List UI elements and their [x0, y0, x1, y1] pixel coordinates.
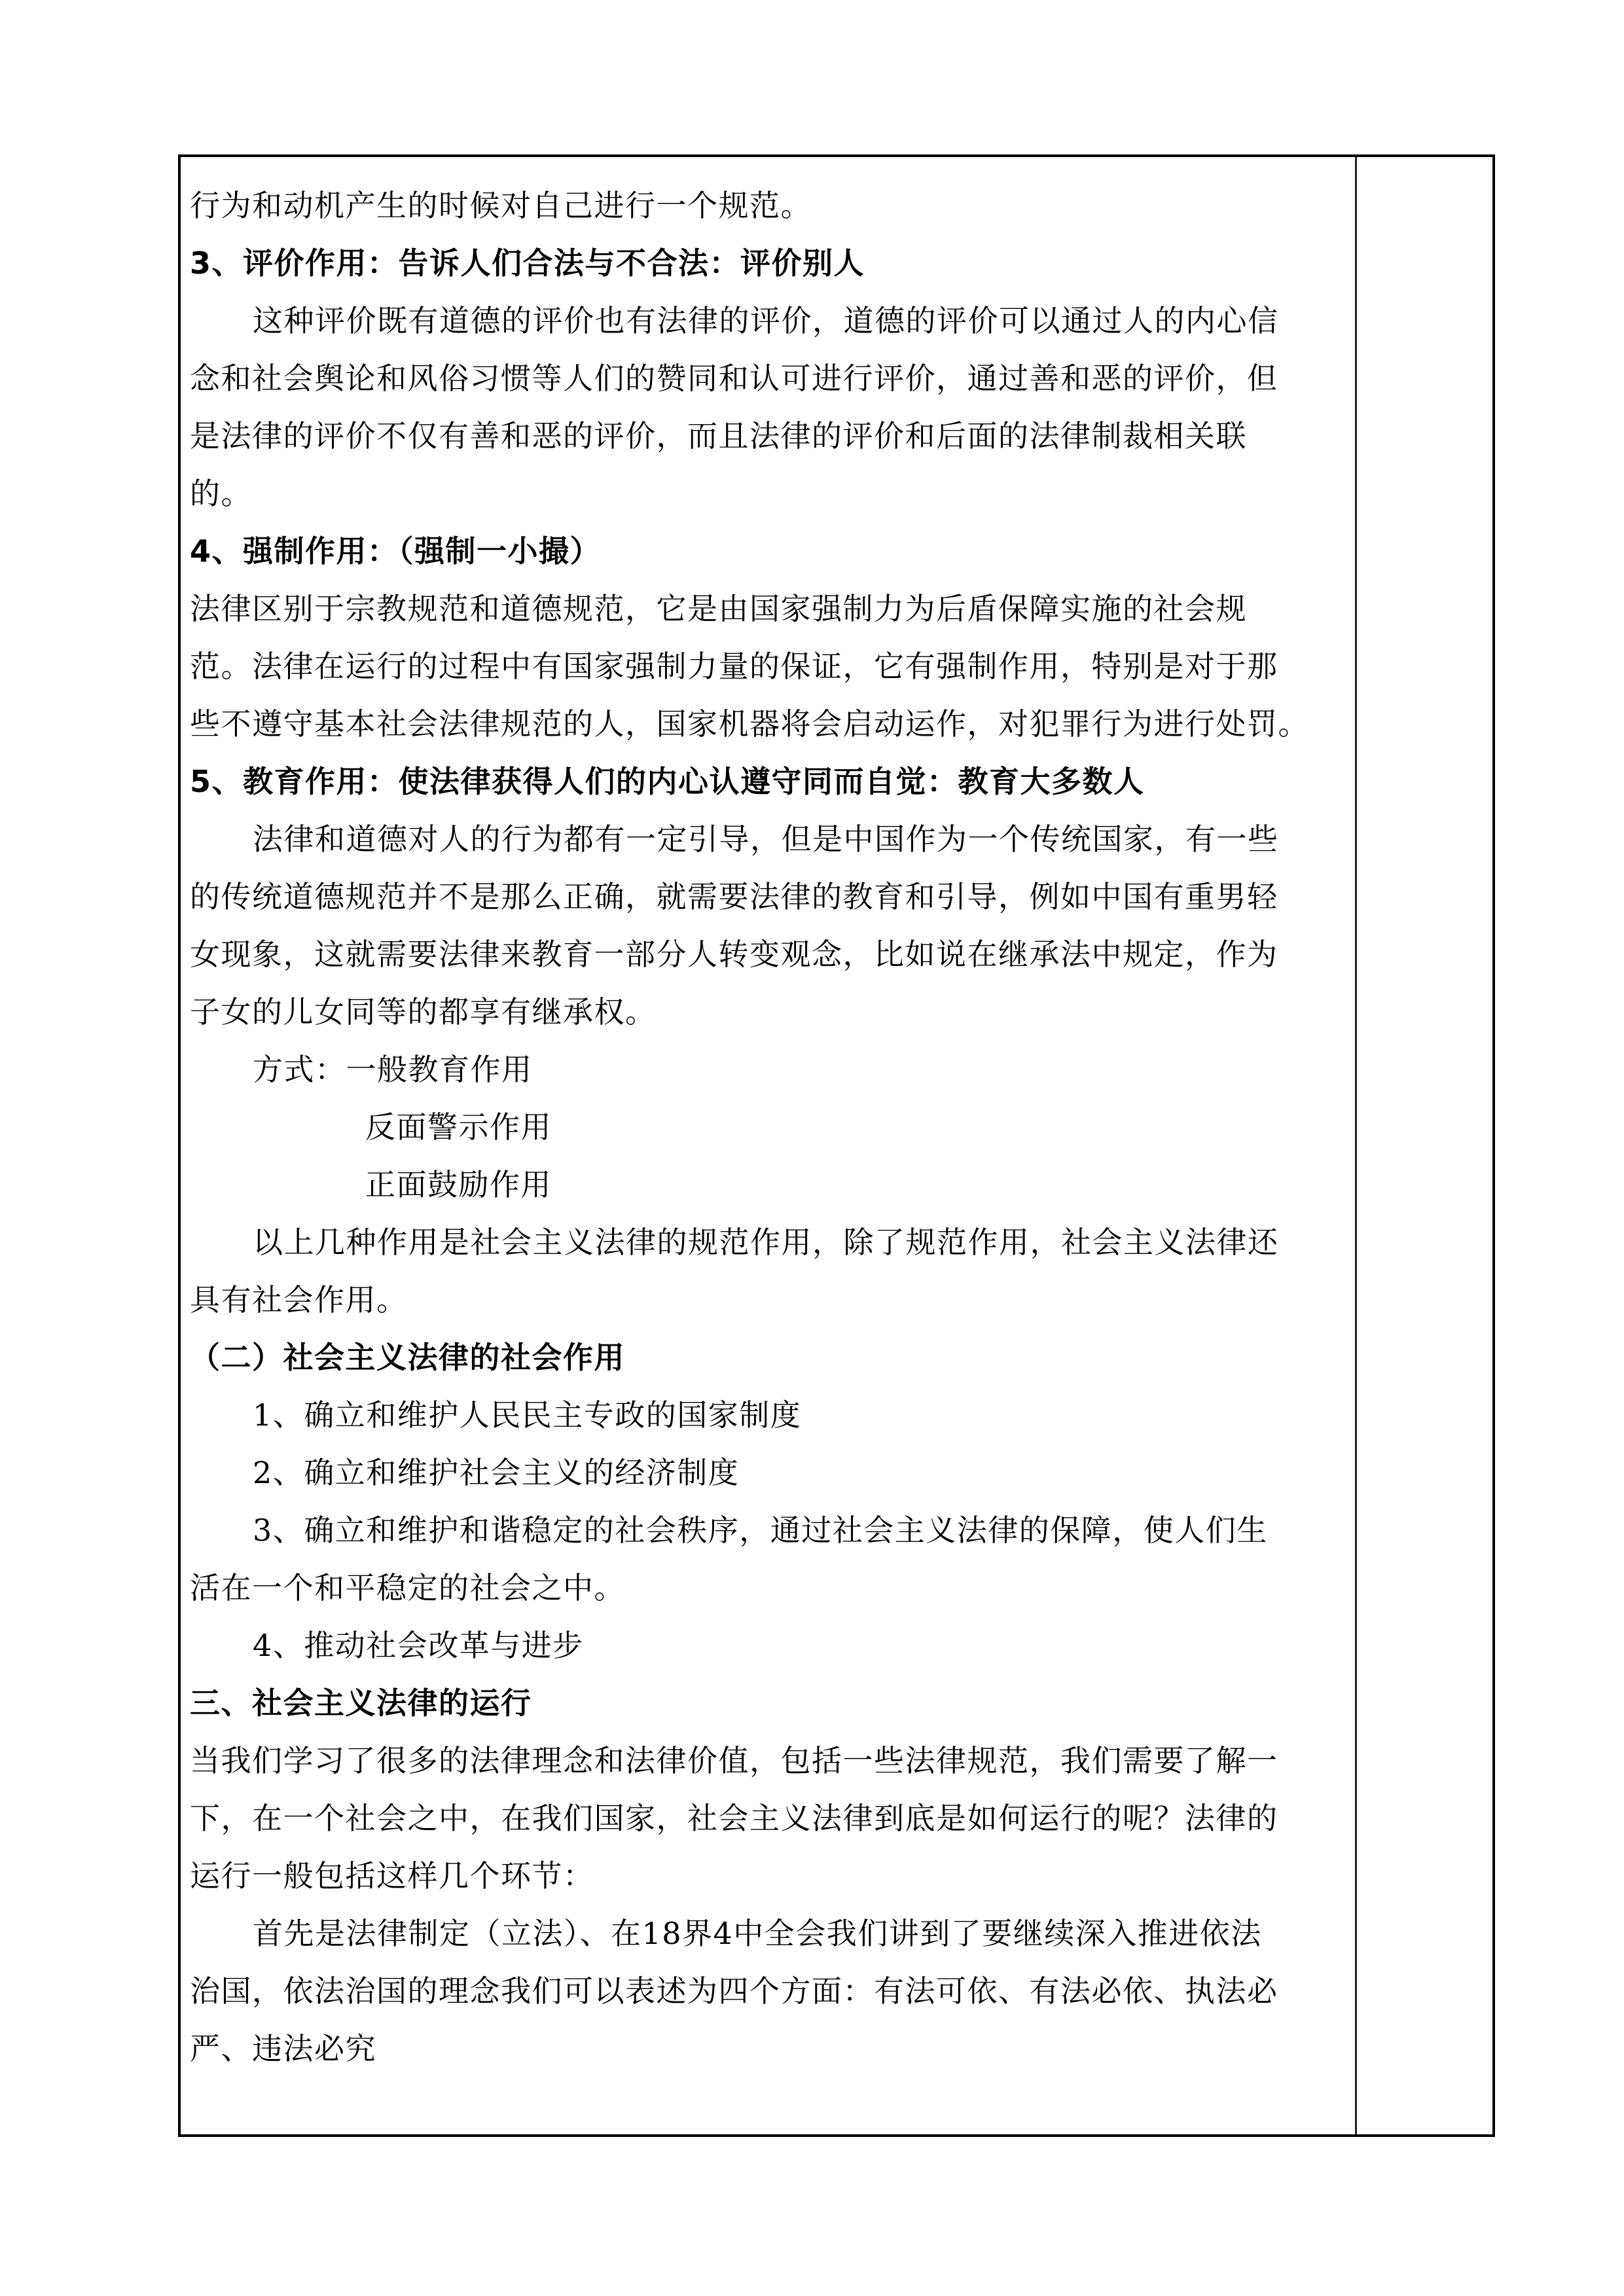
paragraph-line: 活在一个和平稳定的社会之中。 — [190, 1570, 625, 1606]
paragraph-line: 的传统道德规范并不是那么正确，就需要法律的教育和引导，例如中国有重男轻 — [190, 878, 1278, 915]
paragraph-line: 法律和道德对人的行为都有一定引导，但是中国作为一个传统国家，有一些 — [253, 821, 1279, 857]
section-heading: 4、强制作用：（强制一小撮） — [190, 533, 601, 569]
list-item: 4、推动社会改革与进步 — [253, 1627, 584, 1664]
paragraph-line: 严、违法必究 — [190, 2030, 376, 2067]
paragraph-line: 这种评价既有道德的评价也有法律的评价，道德的评价可以通过人的内心信 — [253, 302, 1279, 339]
paragraph-line: 念和社会舆论和风俗习惯等人们的赞同和认可进行评价，通过善和恶的评价，但 — [190, 360, 1278, 397]
list-item: 方式：一般教育作用 — [253, 1051, 533, 1088]
paragraph-line: 女现象，这就需要法律来教育一部分人转变观念，比如说在继承法中规定，作为 — [190, 936, 1278, 973]
paragraph-line: 治国，依法治国的理念我们可以表述为四个方面：有法可依、有法必依、执法必 — [190, 1973, 1278, 2009]
paragraph-line: 范。法律在运行的过程中有国家强制力量的保证，它有强制作用，特别是对于那 — [190, 648, 1278, 685]
list-item: 3、确立和维护和谐稳定的社会秩序，通过社会主义法律的保障，使人们生 — [253, 1512, 1268, 1549]
paragraph-line: 具有社会作用。 — [190, 1282, 408, 1318]
section-heading: 三、社会主义法律的运行 — [190, 1685, 532, 1721]
section-heading: （二）社会主义法律的社会作用 — [190, 1339, 625, 1376]
paragraph-line: 的。 — [190, 475, 252, 512]
paragraph-line: 当我们学习了很多的法律理念和法律价值，包括一些法律规范，我们需要了解一 — [190, 1742, 1278, 1779]
notes-cell — [1357, 157, 1492, 2134]
paragraph-line: 行为和动机产生的时候对自己进行一个规范。 — [190, 187, 812, 224]
paragraph-line: 以上几种作用是社会主义法律的规范作用，除了规范作用，社会主义法律还 — [253, 1224, 1279, 1261]
list-item: 反面警示作用 — [365, 1109, 552, 1145]
paragraph-line: 是法律的评价不仅有善和恶的评价，而且法律的评价和后面的法律制裁相关联 — [190, 418, 1247, 454]
section-heading: 3、评价作用：告诉人们合法与不合法：评价别人 — [190, 245, 865, 281]
paragraph-line: 下，在一个社会之中，在我们国家，社会主义法律到底是如何运行的呢？法律的 — [190, 1800, 1278, 1837]
paragraph-line: 子女的儿女同等的都享有继承权。 — [190, 994, 657, 1030]
list-item: 2、确立和维护社会主义的经济制度 — [253, 1454, 739, 1491]
paragraph-line: 首先是法律制定（立法）、在18界4中全会我们讲到了要继续深入推进依法 — [253, 1915, 1262, 1952]
paragraph-line: 些不遵守基本社会法律规范的人，国家机器将会启动运作，对犯罪行为进行处罚。 — [190, 706, 1309, 742]
list-item: 正面鼓励作用 — [365, 1166, 552, 1203]
document-table: 行为和动机产生的时候对自己进行一个规范。 3、评价作用：告诉人们合法与不合法：评… — [178, 154, 1495, 2137]
paragraph-line: 法律区别于宗教规范和道德规范，它是由国家强制力为后盾保障实施的社会规 — [190, 590, 1247, 627]
list-item: 1、确立和维护人民民主专政的国家制度 — [253, 1397, 801, 1433]
paragraph-line: 运行一般包括这样几个环节： — [190, 1857, 594, 1894]
section-heading: 5、教育作用：使法律获得人们的内心认遵守同而自觉：教育大多数人 — [190, 763, 1145, 800]
